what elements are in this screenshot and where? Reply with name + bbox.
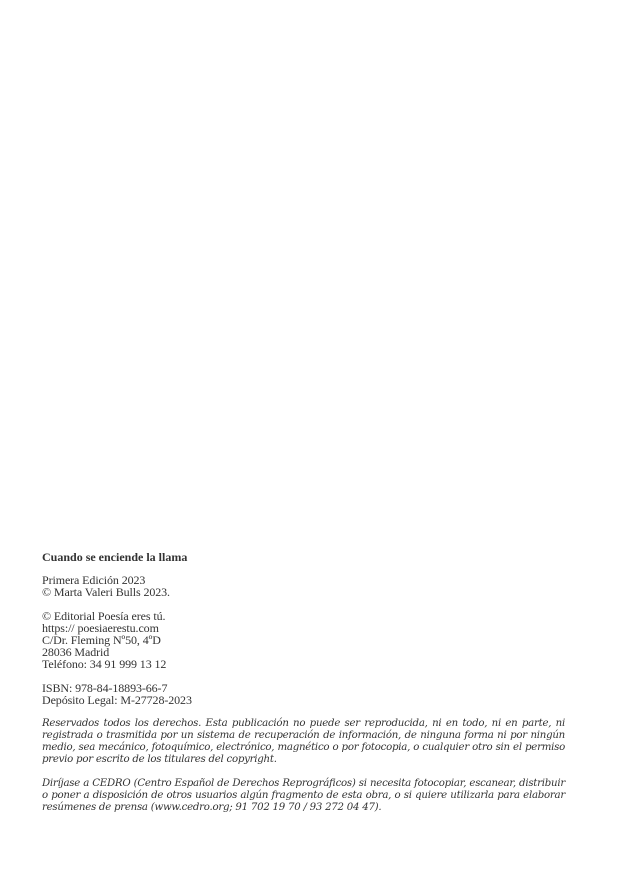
publisher-address: C/Dr. Fleming Nº50, 4ºD [42,634,565,646]
rights-notice: Reservados todos los derechos. Esta publ… [42,718,565,766]
identifiers-block: ISBN: 978-84-18893-66-7 Depósito Legal: … [42,682,565,706]
legal-deposit: Depósito Legal: M-27728-2023 [42,694,565,706]
edition-block: Primera Edición 2023 © Marta Valeri Bull… [42,574,565,598]
publisher-phone: Teléfono: 34 91 999 13 12 [42,658,565,670]
book-title: Cuando se enciende la llama [42,550,565,564]
publisher-block: © Editorial Poesía eres tú. https:// poe… [42,610,565,670]
author-copyright: © Marta Valeri Bulls 2023. [42,586,565,598]
cedro-notice: Diríjase a CEDRO (Centro Español de Dere… [42,778,565,814]
copyright-page: Cuando se enciende la llama Primera Edic… [42,550,565,826]
